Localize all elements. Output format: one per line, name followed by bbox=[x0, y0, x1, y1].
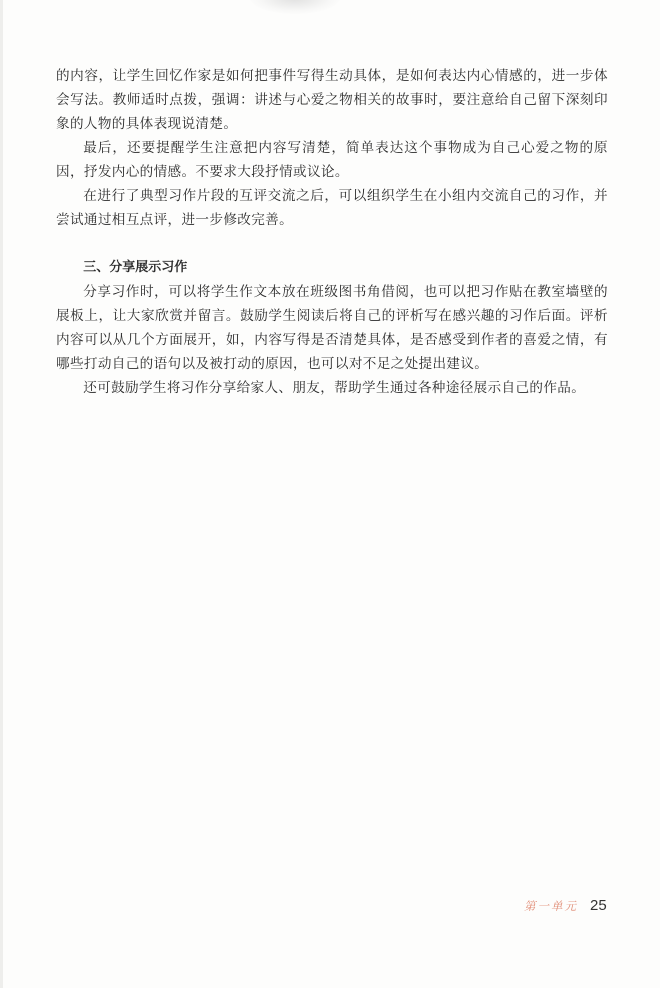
section-gap bbox=[56, 232, 608, 256]
scan-smudge bbox=[250, 0, 340, 14]
paragraph-continued: 的内容，让学生回忆作家是如何把事件写得生动具体，是如何表达内心情感的，进一步体会… bbox=[56, 64, 608, 136]
page-content: 的内容，让学生回忆作家是如何把事件写得生动具体，是如何表达内心情感的，进一步体会… bbox=[56, 64, 608, 400]
section-heading: 三、分享展示习作 bbox=[56, 256, 608, 280]
page-number: 25 bbox=[590, 897, 607, 914]
page-edge bbox=[0, 0, 3, 988]
paragraph-share: 分享习作时，可以将学生作文本放在班级图书角借阅，也可以把习作贴在教室墙壁的展板上… bbox=[56, 280, 608, 376]
paragraph-family: 还可鼓励学生将习作分享给家人、朋友，帮助学生通过各种途径展示自己的作品。 bbox=[56, 376, 608, 400]
paragraph-peer-review: 在进行了典型习作片段的互评交流之后，可以组织学生在小组内交流自己的习作，并尝试通… bbox=[56, 184, 608, 232]
page-footer: 第一单元 25 bbox=[524, 897, 607, 914]
paragraph-reminder: 最后，还要提醒学生注意把内容写清楚，简单表达这个事物成为自己心爱之物的原因，抒发… bbox=[56, 136, 608, 184]
unit-label: 第一单元 bbox=[524, 898, 578, 914]
